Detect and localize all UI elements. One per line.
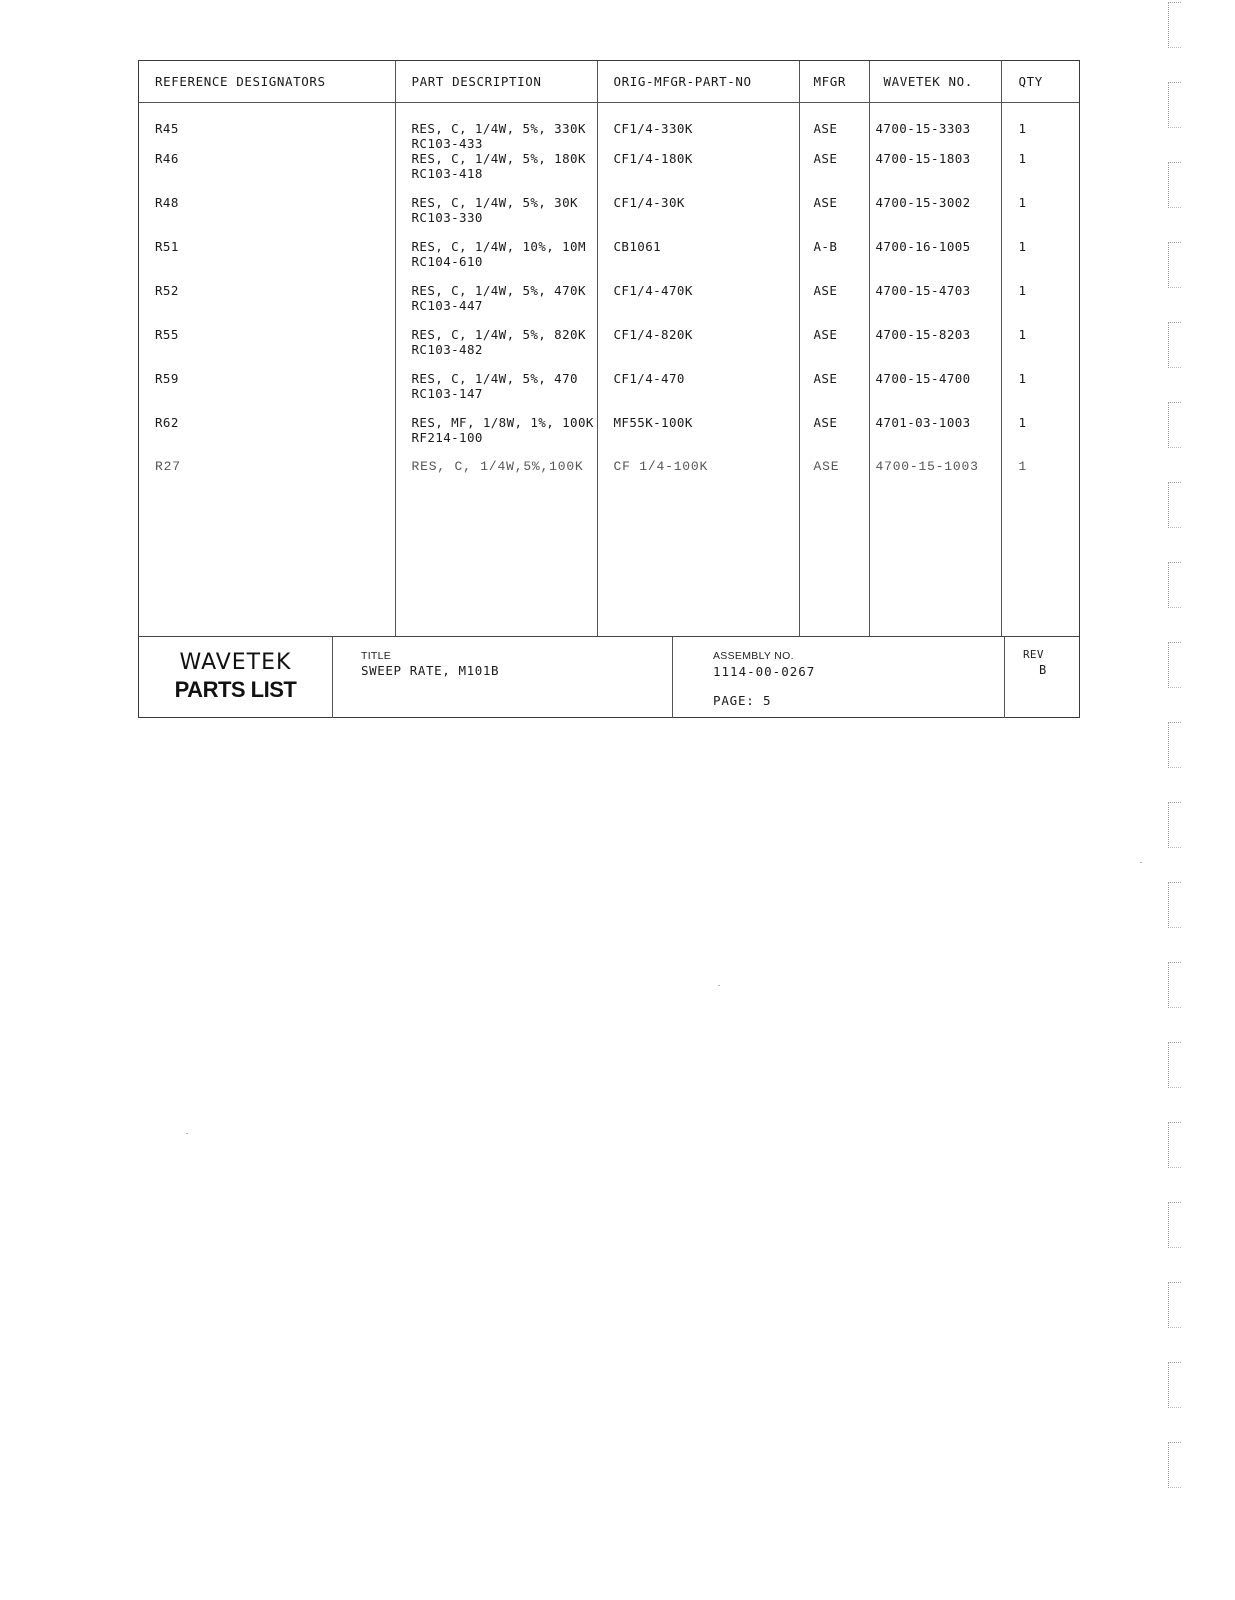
rev-label: REV <box>1023 648 1044 661</box>
military-part-no: RC103-147 <box>412 386 597 401</box>
military-part-no: RC103-482 <box>412 342 597 357</box>
table-row: R55RES, C, 1/4W, 5%, 820KRC103-482CF1/4-… <box>139 327 1079 371</box>
part-description: RES, C, 1/4W, 5%, 470RC103-147 <box>395 371 597 415</box>
manufacturer: ASE <box>799 195 869 239</box>
ref-designator: R52 <box>139 283 395 327</box>
table-row: R52RES, C, 1/4W, 5%, 470KRC103-447CF1/4-… <box>139 283 1079 327</box>
binder-bracket-mark <box>1168 402 1181 448</box>
title-cell: TITLE SWEEP RATE, M101B <box>333 637 673 718</box>
empty-cell <box>597 503 799 636</box>
table-body: R45RES, C, 1/4W, 5%, 330KRC103-433CF1/4-… <box>139 103 1079 637</box>
binder-bracket-mark <box>1168 482 1181 528</box>
table-row: R46RES, C, 1/4W, 5%, 180KRC103-418CF1/4-… <box>139 151 1079 195</box>
table-row: R27RES, C, 1/4W,5%,100KCF 1/4-100KASE470… <box>139 459 1079 503</box>
assembly-number: 1114-00-0267 <box>713 664 815 679</box>
binder-bracket-mark <box>1168 162 1181 208</box>
part-description: RES, C, 1/4W, 10%, 10MRC104-610 <box>395 239 597 283</box>
empty-cell <box>395 503 597 636</box>
assembly-label: ASSEMBLY NO. <box>713 650 794 662</box>
part-description: RES, C, 1/4W,5%,100K <box>395 459 597 503</box>
header-wavetek-no: WAVETEK NO. <box>869 61 1001 103</box>
header-orig-mfgr-part-no: ORIG-MFGR-PART-NO <box>597 61 799 103</box>
manufacturer: ASE <box>799 415 869 459</box>
title-value: SWEEP RATE, M101B <box>361 663 499 678</box>
ref-designator: R48 <box>139 195 395 239</box>
ref-designator: R51 <box>139 239 395 283</box>
empty-cell <box>139 503 395 636</box>
header-part-description: PART DESCRIPTION <box>395 61 597 103</box>
military-part-no: RC103-433 <box>412 136 597 151</box>
binder-bracket-mark <box>1168 1122 1181 1168</box>
wavetek-part-no: 4700-16-1005 <box>869 239 1001 283</box>
binder-bracket-mark <box>1168 1042 1181 1088</box>
empty-cell <box>1001 503 1079 636</box>
parts-list-sheet: REFERENCE DESIGNATORS PART DESCRIPTION O… <box>138 60 1080 718</box>
header-qty: QTY <box>1001 61 1079 103</box>
part-description: RES, C, 1/4W, 5%, 820KRC103-482 <box>395 327 597 371</box>
quantity: 1 <box>1001 459 1079 503</box>
part-description: RES, C, 1/4W, 5%, 30KRC103-330 <box>395 195 597 239</box>
ref-designator: R62 <box>139 415 395 459</box>
part-description: RES, MF, 1/8W, 1%, 100KRF214-100 <box>395 415 597 459</box>
quantity: 1 <box>1001 103 1079 152</box>
document-kind: PARTS LIST <box>139 677 332 703</box>
description-line: RES, MF, 1/8W, 1%, 100K <box>412 415 597 430</box>
wavetek-part-no: 4700-15-4703 <box>869 283 1001 327</box>
ref-designator: R45 <box>139 103 395 152</box>
orig-mfgr-part-no: CF1/4-820K <box>597 327 799 371</box>
wavetek-logo: WAVETEK <box>139 650 332 675</box>
empty-filler-row <box>139 503 1079 636</box>
table-row: R62RES, MF, 1/8W, 1%, 100KRF214-100MF55K… <box>139 415 1079 459</box>
page-number: PAGE: 5 <box>713 693 771 708</box>
quantity: 1 <box>1001 283 1079 327</box>
binder-bracket-mark <box>1168 1282 1181 1328</box>
rev-value: B <box>1039 663 1046 677</box>
quantity: 1 <box>1001 371 1079 415</box>
part-description: RES, C, 1/4W, 5%, 180KRC103-418 <box>395 151 597 195</box>
description-line: RES, C, 1/4W,5%,100K <box>412 459 597 474</box>
ref-designator: R46 <box>139 151 395 195</box>
manufacturer: ASE <box>799 459 869 503</box>
manufacturer: A-B <box>799 239 869 283</box>
quantity: 1 <box>1001 195 1079 239</box>
scan-speck <box>1140 862 1142 863</box>
binder-bracket-mark <box>1168 882 1181 928</box>
binder-bracket-mark <box>1168 962 1181 1008</box>
header-mfgr: MFGR <box>799 61 869 103</box>
description-line: RES, C, 1/4W, 5%, 30K <box>412 195 597 210</box>
binder-bracket-mark <box>1168 2 1181 48</box>
binder-bracket-mark <box>1168 562 1181 608</box>
manufacturer: ASE <box>799 103 869 152</box>
wavetek-part-no: 4700-15-1003 <box>869 459 1001 503</box>
binder-bracket-mark <box>1168 1202 1181 1248</box>
empty-cell <box>799 503 869 636</box>
table-row: R45RES, C, 1/4W, 5%, 330KRC103-433CF1/4-… <box>139 103 1079 152</box>
ref-designator: R59 <box>139 371 395 415</box>
logo-cell: WAVETEK PARTS LIST <box>139 637 333 718</box>
binder-bracket-mark <box>1168 1442 1181 1488</box>
ref-designator: R55 <box>139 327 395 371</box>
title-block: WAVETEK PARTS LIST TITLE SWEEP RATE, M10… <box>139 636 1079 718</box>
manufacturer: ASE <box>799 151 869 195</box>
table-row: R51RES, C, 1/4W, 10%, 10MRC104-610CB1061… <box>139 239 1079 283</box>
scan-speck <box>718 985 720 986</box>
military-part-no: RF214-100 <box>412 430 597 445</box>
description-line: RES, C, 1/4W, 10%, 10M <box>412 239 597 254</box>
header-reference-designators: REFERENCE DESIGNATORS <box>139 61 395 103</box>
manufacturer: ASE <box>799 283 869 327</box>
wavetek-part-no: 4700-15-8203 <box>869 327 1001 371</box>
orig-mfgr-part-no: CF1/4-330K <box>597 103 799 152</box>
manufacturer: ASE <box>799 371 869 415</box>
orig-mfgr-part-no: CF1/4-180K <box>597 151 799 195</box>
manufacturer: ASE <box>799 327 869 371</box>
part-description: RES, C, 1/4W, 5%, 470KRC103-447 <box>395 283 597 327</box>
orig-mfgr-part-no: CB1061 <box>597 239 799 283</box>
wavetek-part-no: 4700-15-3303 <box>869 103 1001 152</box>
orig-mfgr-part-no: CF1/4-470K <box>597 283 799 327</box>
wavetek-part-no: 4700-15-4700 <box>869 371 1001 415</box>
binder-hole-marks <box>1168 0 1188 1600</box>
description-line: RES, C, 1/4W, 5%, 470 <box>412 371 597 386</box>
orig-mfgr-part-no: MF55K-100K <box>597 415 799 459</box>
orig-mfgr-part-no: CF 1/4-100K <box>597 459 799 503</box>
table-header-row: REFERENCE DESIGNATORS PART DESCRIPTION O… <box>139 61 1079 103</box>
military-part-no: RC103-418 <box>412 166 597 181</box>
assembly-cell: ASSEMBLY NO. 1114-00-0267 PAGE: 5 <box>673 637 1005 718</box>
military-part-no: RC103-330 <box>412 210 597 225</box>
revision-cell: REV B <box>1005 637 1079 718</box>
military-part-no: RC103-447 <box>412 298 597 313</box>
binder-bracket-mark <box>1168 82 1181 128</box>
title-label: TITLE <box>361 650 391 662</box>
orig-mfgr-part-no: CF1/4-30K <box>597 195 799 239</box>
quantity: 1 <box>1001 151 1079 195</box>
ref-designator: R27 <box>139 459 395 503</box>
table-row: R48RES, C, 1/4W, 5%, 30KRC103-330CF1/4-3… <box>139 195 1079 239</box>
quantity: 1 <box>1001 239 1079 283</box>
binder-bracket-mark <box>1168 642 1181 688</box>
empty-cell <box>869 503 1001 636</box>
binder-bracket-mark <box>1168 322 1181 368</box>
description-line: RES, C, 1/4W, 5%, 330K <box>412 121 597 136</box>
wavetek-part-no: 4701-03-1003 <box>869 415 1001 459</box>
part-description: RES, C, 1/4W, 5%, 330KRC103-433 <box>395 103 597 152</box>
quantity: 1 <box>1001 327 1079 371</box>
orig-mfgr-part-no: CF1/4-470 <box>597 371 799 415</box>
description-line: RES, C, 1/4W, 5%, 180K <box>412 151 597 166</box>
quantity: 1 <box>1001 415 1079 459</box>
parts-table: REFERENCE DESIGNATORS PART DESCRIPTION O… <box>139 61 1079 636</box>
military-part-no: RC104-610 <box>412 254 597 269</box>
wavetek-part-no: 4700-15-1803 <box>869 151 1001 195</box>
description-line: RES, C, 1/4W, 5%, 820K <box>412 327 597 342</box>
scan-speck <box>186 1133 188 1134</box>
binder-bracket-mark <box>1168 722 1181 768</box>
binder-bracket-mark <box>1168 242 1181 288</box>
description-line: RES, C, 1/4W, 5%, 470K <box>412 283 597 298</box>
table-row: R59RES, C, 1/4W, 5%, 470RC103-147CF1/4-4… <box>139 371 1079 415</box>
binder-bracket-mark <box>1168 802 1181 848</box>
binder-bracket-mark <box>1168 1362 1181 1408</box>
wavetek-part-no: 4700-15-3002 <box>869 195 1001 239</box>
